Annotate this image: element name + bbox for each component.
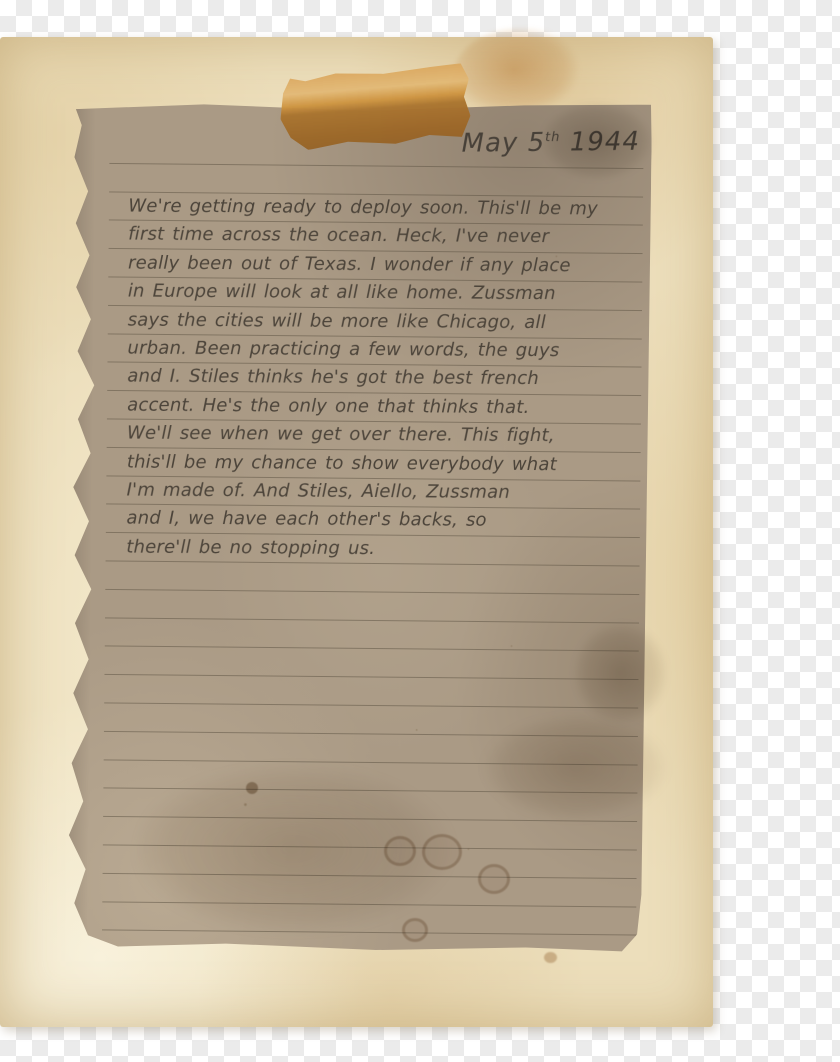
letter-line: first time across the ocean. Heck, I've …: [128, 221, 634, 252]
letter-line: in Europe will look at all like home. Zu…: [128, 278, 634, 309]
letter-line: this'll be my chance to show everybody w…: [127, 448, 633, 479]
letter-line: I'm made of. And Stiles, Aiello, Zussman: [127, 477, 633, 508]
letter-line: and I. Stiles thinks he's got the best f…: [127, 363, 633, 394]
letter-line: We're getting ready to deploy soon. This…: [128, 193, 634, 224]
date-day: May 5: [461, 128, 545, 159]
date-ordinal: th: [545, 130, 561, 145]
letter-body: We're getting ready to deploy soon. This…: [126, 193, 634, 565]
letter-line: says the cities will be more like Chicag…: [128, 306, 634, 337]
transparency-checkerboard: May 5th 1944 We're getting ready to depl…: [0, 0, 840, 1062]
letter-line: there'll be no stopping us.: [126, 533, 632, 564]
date-year: 1944: [570, 127, 641, 158]
letter-line: We'll see when we get over there. This f…: [127, 420, 633, 451]
letter-line: urban. Been practicing a few words, the …: [127, 335, 633, 366]
letter-page: May 5th 1944 We're getting ready to depl…: [56, 99, 652, 953]
letter-line: accent. He's the only one that thinks th…: [127, 391, 633, 422]
letter-date: May 5th 1944: [461, 127, 640, 159]
letter-line: really been out of Texas. I wonder if an…: [128, 249, 634, 280]
letter-line: and I, we have each other's backs, so: [126, 505, 632, 536]
